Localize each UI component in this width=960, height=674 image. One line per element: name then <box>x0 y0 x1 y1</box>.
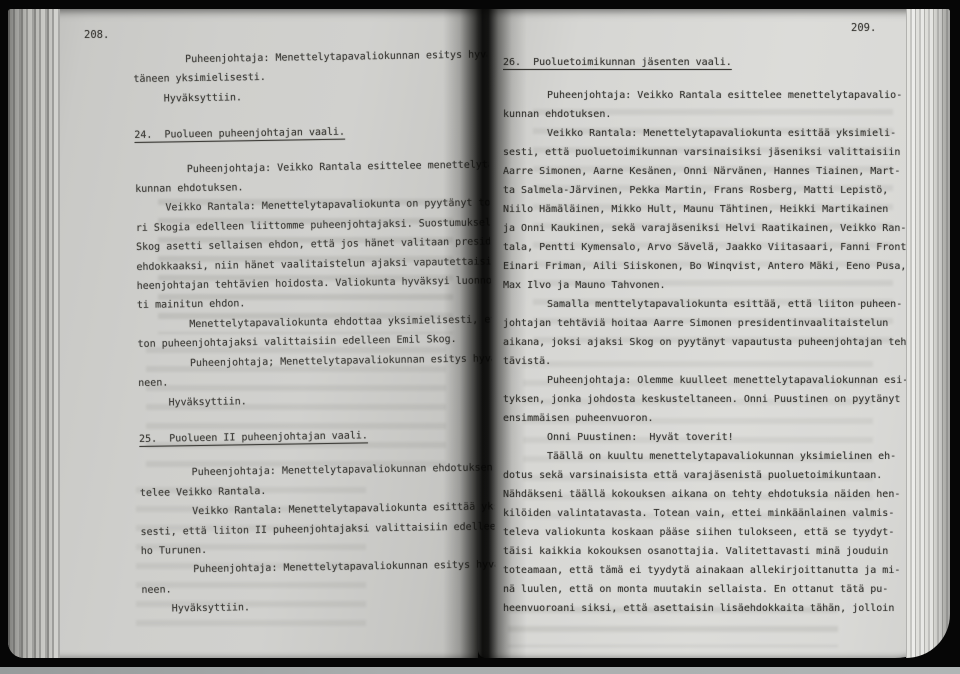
typewritten-line: täisi kaikkia kokouksen osanottajia. Val… <box>503 542 929 561</box>
typewritten-line: ja Onni Kaukinen, sekä varajäseniksi Hel… <box>503 219 929 238</box>
typewritten-line: dotus sekä varsinaisista että varajäseni… <box>503 466 929 485</box>
left-page-number: 208. <box>84 29 109 41</box>
typewritten-line: nä luulen, että on monta muutakin sellai… <box>503 580 929 599</box>
typewritten-line: johtajan tehtäviä hoitaa Aarre Simonen p… <box>503 314 929 333</box>
typewritten-line: aikana, joksi ajaksi Skog on pyytänyt va… <box>503 333 929 352</box>
scanner-bed-strip <box>0 667 960 674</box>
typewritten-line: Täällä on kuultu menettelytapavaliokunna… <box>503 447 929 466</box>
left-page-text: Puheenjohtaja: Menettelytapavaliokunnan … <box>133 45 496 640</box>
typewritten-line: Max Ilvo ja Mauno Tahvonen. <box>503 276 929 295</box>
typewritten-line: tyksen, jonka johdosta keskusteltaneen. … <box>503 390 929 409</box>
typewritten-line: Aarre Simonen, Aarne Kesänen, Onni Närvä… <box>503 162 929 181</box>
page-edge-stack-left <box>8 9 60 658</box>
page-edge-stack-right <box>906 9 950 658</box>
typewritten-line: toteamaan, että tämä ei tyydytä ainakaan… <box>503 561 929 580</box>
right-page-text: 26. Puoluetoimikunnan jäsenten vaali.Puh… <box>503 53 929 643</box>
typewritten-line: Hyväksyttiin. <box>138 388 492 413</box>
typewritten-line: Niilo Hämäläinen, Mikko Hult, Maunu Täht… <box>503 200 929 219</box>
typewritten-line: sesti, että puoluetoimikunnan varsinaisi… <box>503 143 929 162</box>
section-heading: 24. Puolueen puheenjohtajan vaali. <box>134 121 488 146</box>
typewritten-line: Puheenjohtaja: Olemme kuulleet menettely… <box>503 371 929 390</box>
book-scan-photo: { "colors": { "background": "#060606", "… <box>0 0 960 674</box>
book-gutter-shadow <box>443 9 527 658</box>
typewritten-line: Puheenjohtaja: Veikko Rantala esittelee … <box>503 86 929 105</box>
typewritten-line: Nähdäkseni täällä kokouksen aikana on te… <box>503 485 929 504</box>
typewritten-line: televa valiokunta koskaan pääse siihen t… <box>503 523 929 542</box>
typewritten-line: Veikko Rantala: Menettelytapavaliokunta … <box>503 124 929 143</box>
typewritten-line: heenvuoroani siksi, että asettaisin lisä… <box>503 599 929 618</box>
typewritten-line: tävistä. <box>503 352 929 371</box>
left-page: 208. Puheenjohtaja: Menettelytapavalioku… <box>8 9 478 658</box>
typewritten-line: Einari Friman, Aili Siiskonen, Bo Winqvi… <box>503 257 929 276</box>
typewritten-line: Onni Puustinen: Hyvät toverit! <box>503 428 929 447</box>
typewritten-line: ensimmäisen puheenvuoron. <box>503 409 929 428</box>
section-heading: 25. Puolueen II puheenjohtajan vaali. <box>139 424 493 449</box>
right-page: 209. 26. Puoluetoimikunnan jäsenten vaal… <box>478 9 950 658</box>
right-page-number: 209. <box>851 22 876 34</box>
typewritten-line: Samalla menttelytapavaliokunta esittää, … <box>503 295 929 314</box>
typewritten-line: ta Salmela-Järvinen, Pekka Martin, Frans… <box>503 181 929 200</box>
section-heading: 26. Puoluetoimikunnan jäsenten vaali. <box>503 53 929 72</box>
typewritten-line: tala, Pentti Kymensalo, Arvo Sävelä, Jaa… <box>503 238 929 257</box>
typewritten-line: kilöiden valintatavasta. Totean vain, et… <box>503 504 929 523</box>
typewritten-line: kunnan ehdotuksen. <box>503 105 929 124</box>
